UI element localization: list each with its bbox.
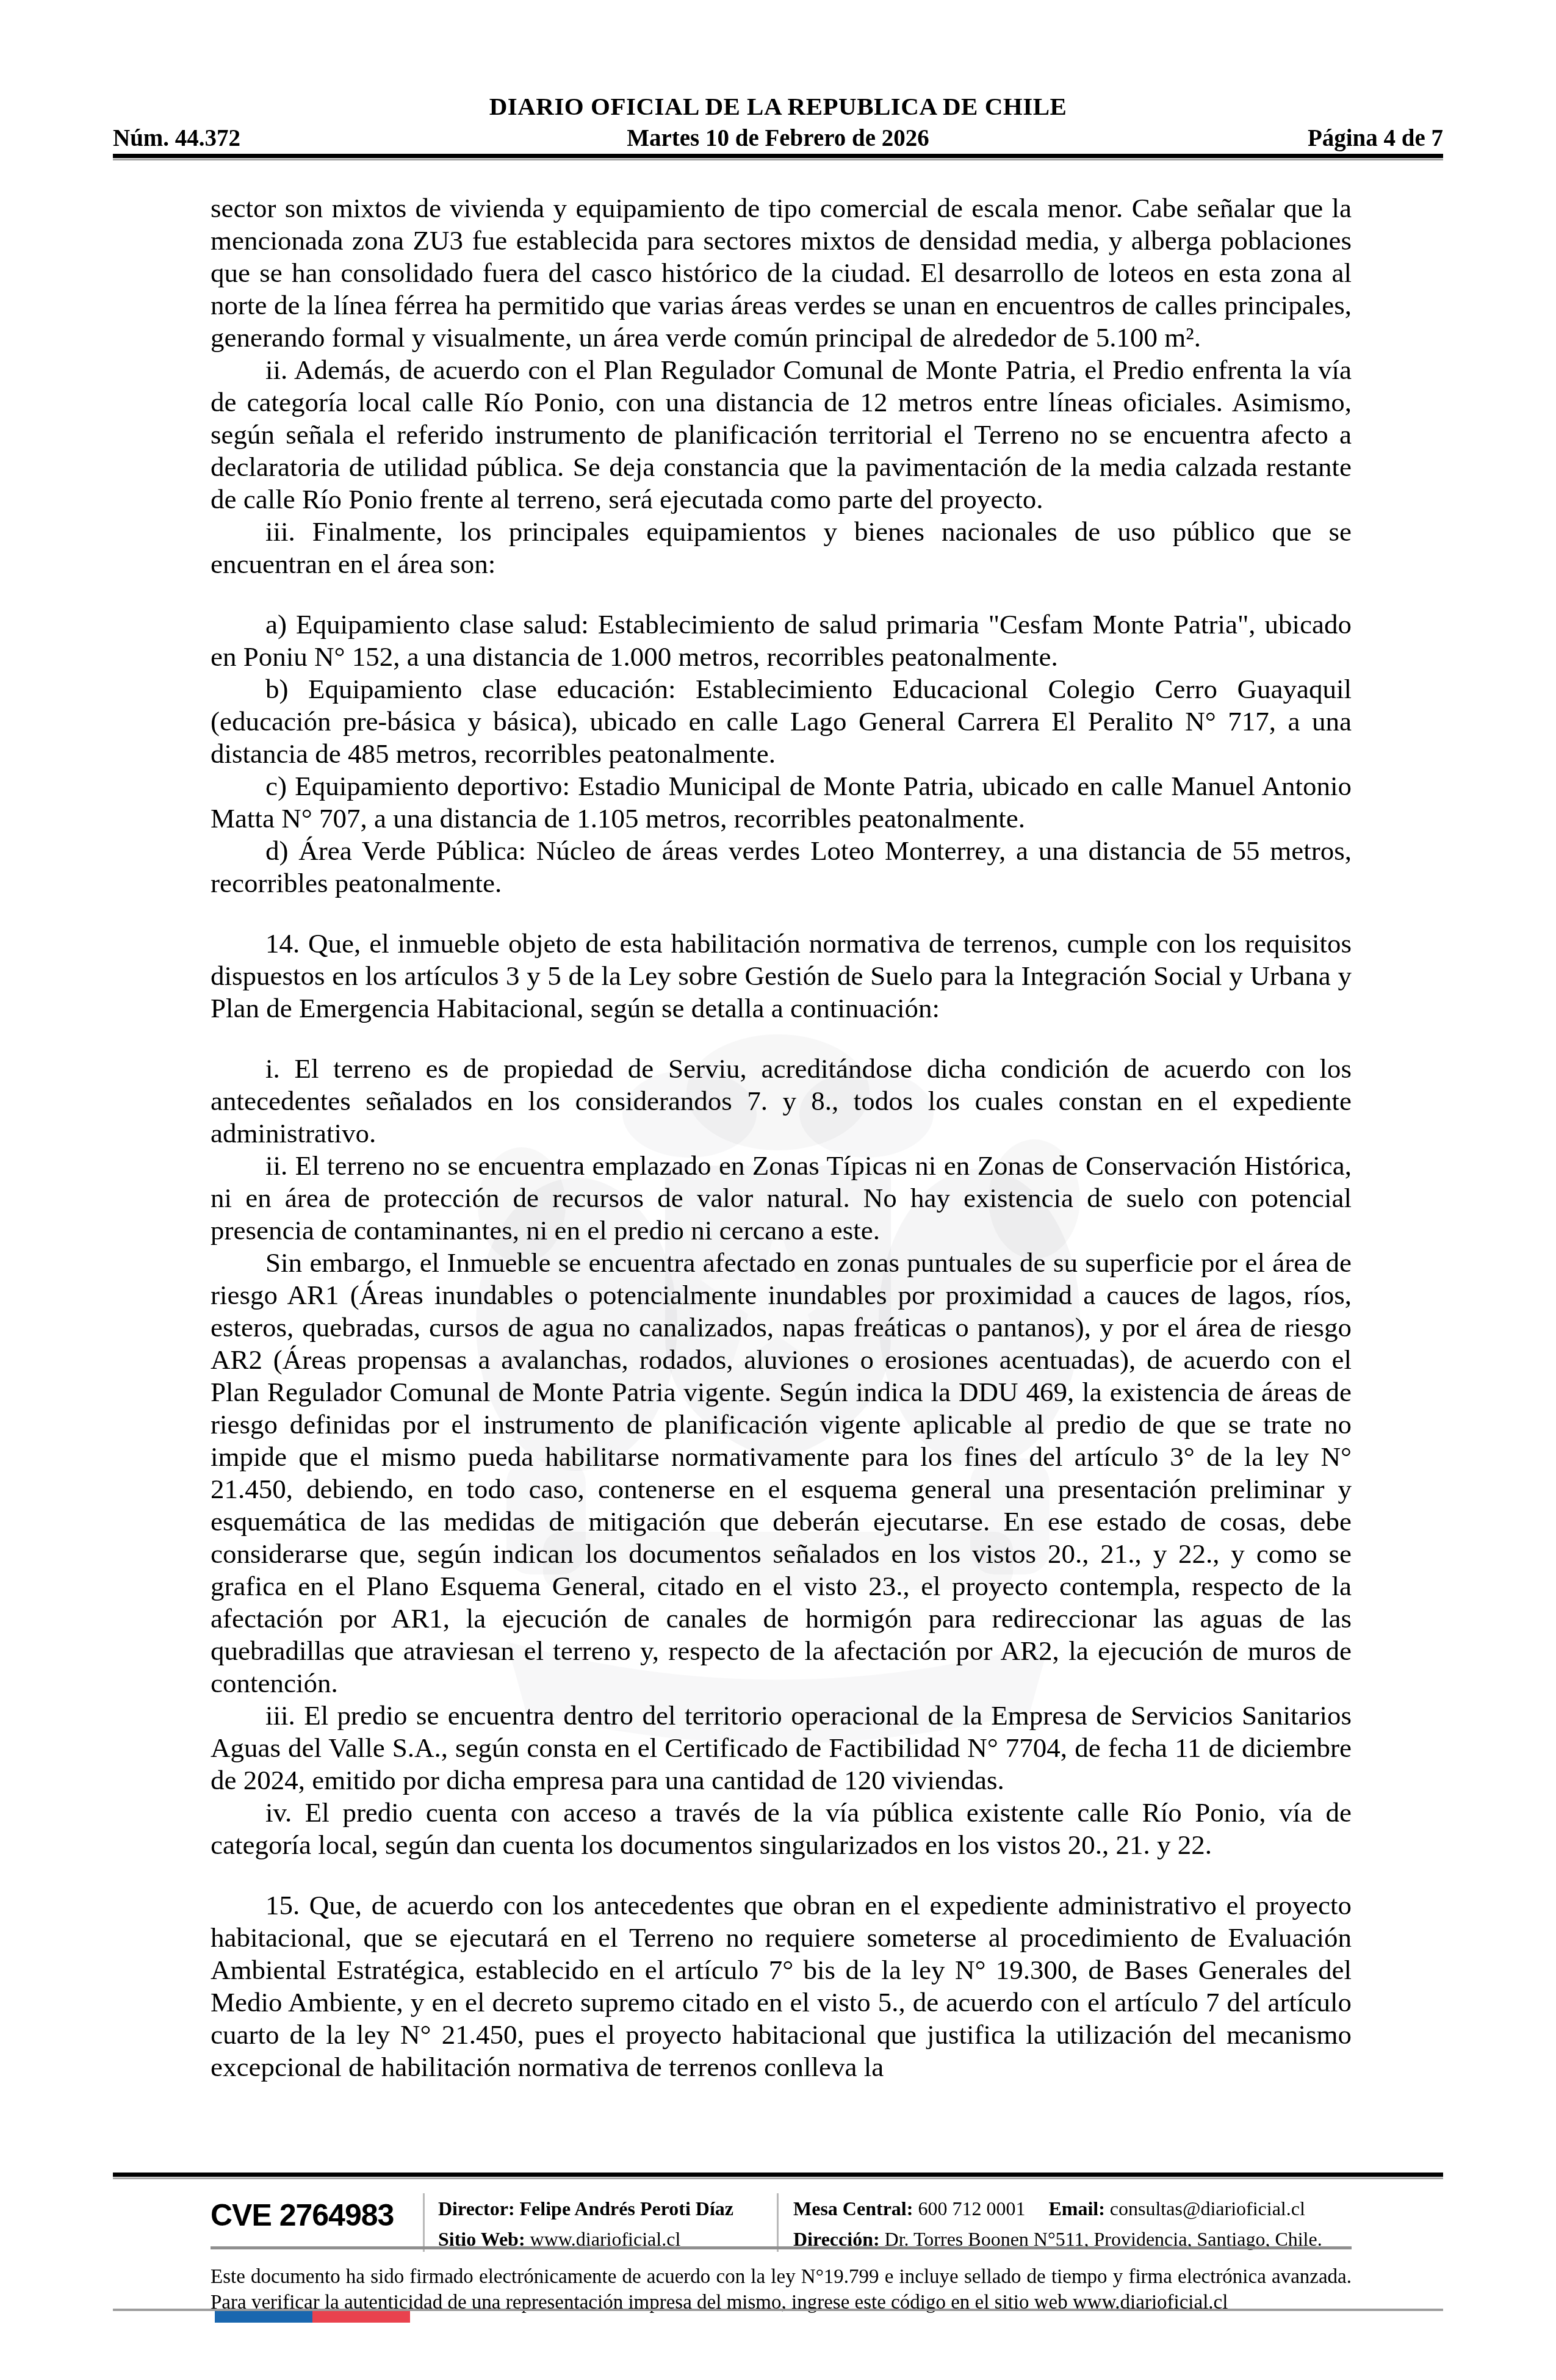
mesa-central-label: Mesa Central: <box>793 2198 913 2220</box>
body-paragraph: ii. El terreno no se encuentra emplazado… <box>211 1150 1352 1247</box>
body-paragraph: Sin embargo, el Inmueble se encuentra af… <box>211 1247 1352 1700</box>
body-paragraph: iii. El predio se encuentra dentro del t… <box>211 1700 1352 1797</box>
mesa-central-line: Mesa Central: 600 712 0001 Email: consul… <box>793 2193 1322 2224</box>
header-rule <box>113 154 1443 160</box>
director-name: Felipe Andrés Peroti Díaz <box>520 2198 733 2220</box>
body-paragraph: b) Equipamiento clase educación: Estable… <box>211 673 1352 770</box>
page-indicator: Página 4 de 7 <box>1308 124 1443 152</box>
body-paragraph: i. El terreno es de propiedad de Serviu,… <box>211 1053 1352 1150</box>
siteweb-line: Sitio Web: www.diarioficial.cl <box>438 2224 733 2254</box>
body-paragraph: d) Área Verde Pública: Núcleo de áreas v… <box>211 835 1352 900</box>
email-value: consultas@diarioficial.cl <box>1110 2198 1305 2220</box>
body-paragraph: ii. Además, de acuerdo con el Plan Regul… <box>211 354 1352 516</box>
director-column: Director: Felipe Andrés Peroti Díaz Siti… <box>438 2193 733 2254</box>
director-line: Director: Felipe Andrés Peroti Díaz <box>438 2193 733 2224</box>
body-paragraph: iii. Finalmente, los principales equipam… <box>211 516 1352 580</box>
body-paragraph: iv. El predio cuenta con acceso a través… <box>211 1797 1352 1861</box>
chile-flag-mark <box>215 2311 410 2323</box>
body-paragraph: sector son mixtos de vivienda y equipami… <box>211 192 1352 354</box>
mesa-central-value: 600 712 0001 <box>918 2198 1025 2220</box>
footer-rule-top <box>113 2173 1443 2179</box>
body-paragraph: c) Equipamiento deportivo: Estadio Munic… <box>211 770 1352 835</box>
footer-rule-mid <box>211 2246 1352 2249</box>
flag-blue <box>215 2311 312 2323</box>
header-meta-row: Núm. 44.372 Martes 10 de Febrero de 2026… <box>113 124 1443 155</box>
masthead-title: DIARIO OFICIAL DE LA REPUBLICA DE CHILE <box>0 92 1556 121</box>
email-label: Email: <box>1048 2198 1104 2220</box>
direccion-line: Dirección: Dr. Torres Boonen N°511, Prov… <box>793 2224 1322 2254</box>
director-label: Director: <box>438 2198 515 2220</box>
signature-disclaimer: Este documento ha sido firmado electróni… <box>211 2264 1352 2315</box>
body-paragraph: 14. Que, el inmueble objeto de esta habi… <box>211 928 1352 1025</box>
document-page: DIARIO OFICIAL DE LA REPUBLICA DE CHILE … <box>0 0 1556 2380</box>
body-paragraph: a) Equipamiento clase salud: Establecimi… <box>211 608 1352 673</box>
issue-date: Martes 10 de Febrero de 2026 <box>113 124 1443 152</box>
contact-column: Mesa Central: 600 712 0001 Email: consul… <box>793 2193 1322 2254</box>
footer-divider <box>423 2193 425 2252</box>
body-paragraph: 15. Que, de acuerdo con los antecedentes… <box>211 1889 1352 2083</box>
flag-red <box>312 2311 410 2323</box>
footer-divider <box>777 2193 779 2252</box>
cve-code: CVE 2764983 <box>211 2198 394 2233</box>
document-body: sector son mixtos de vivienda y equipami… <box>211 192 1352 2083</box>
